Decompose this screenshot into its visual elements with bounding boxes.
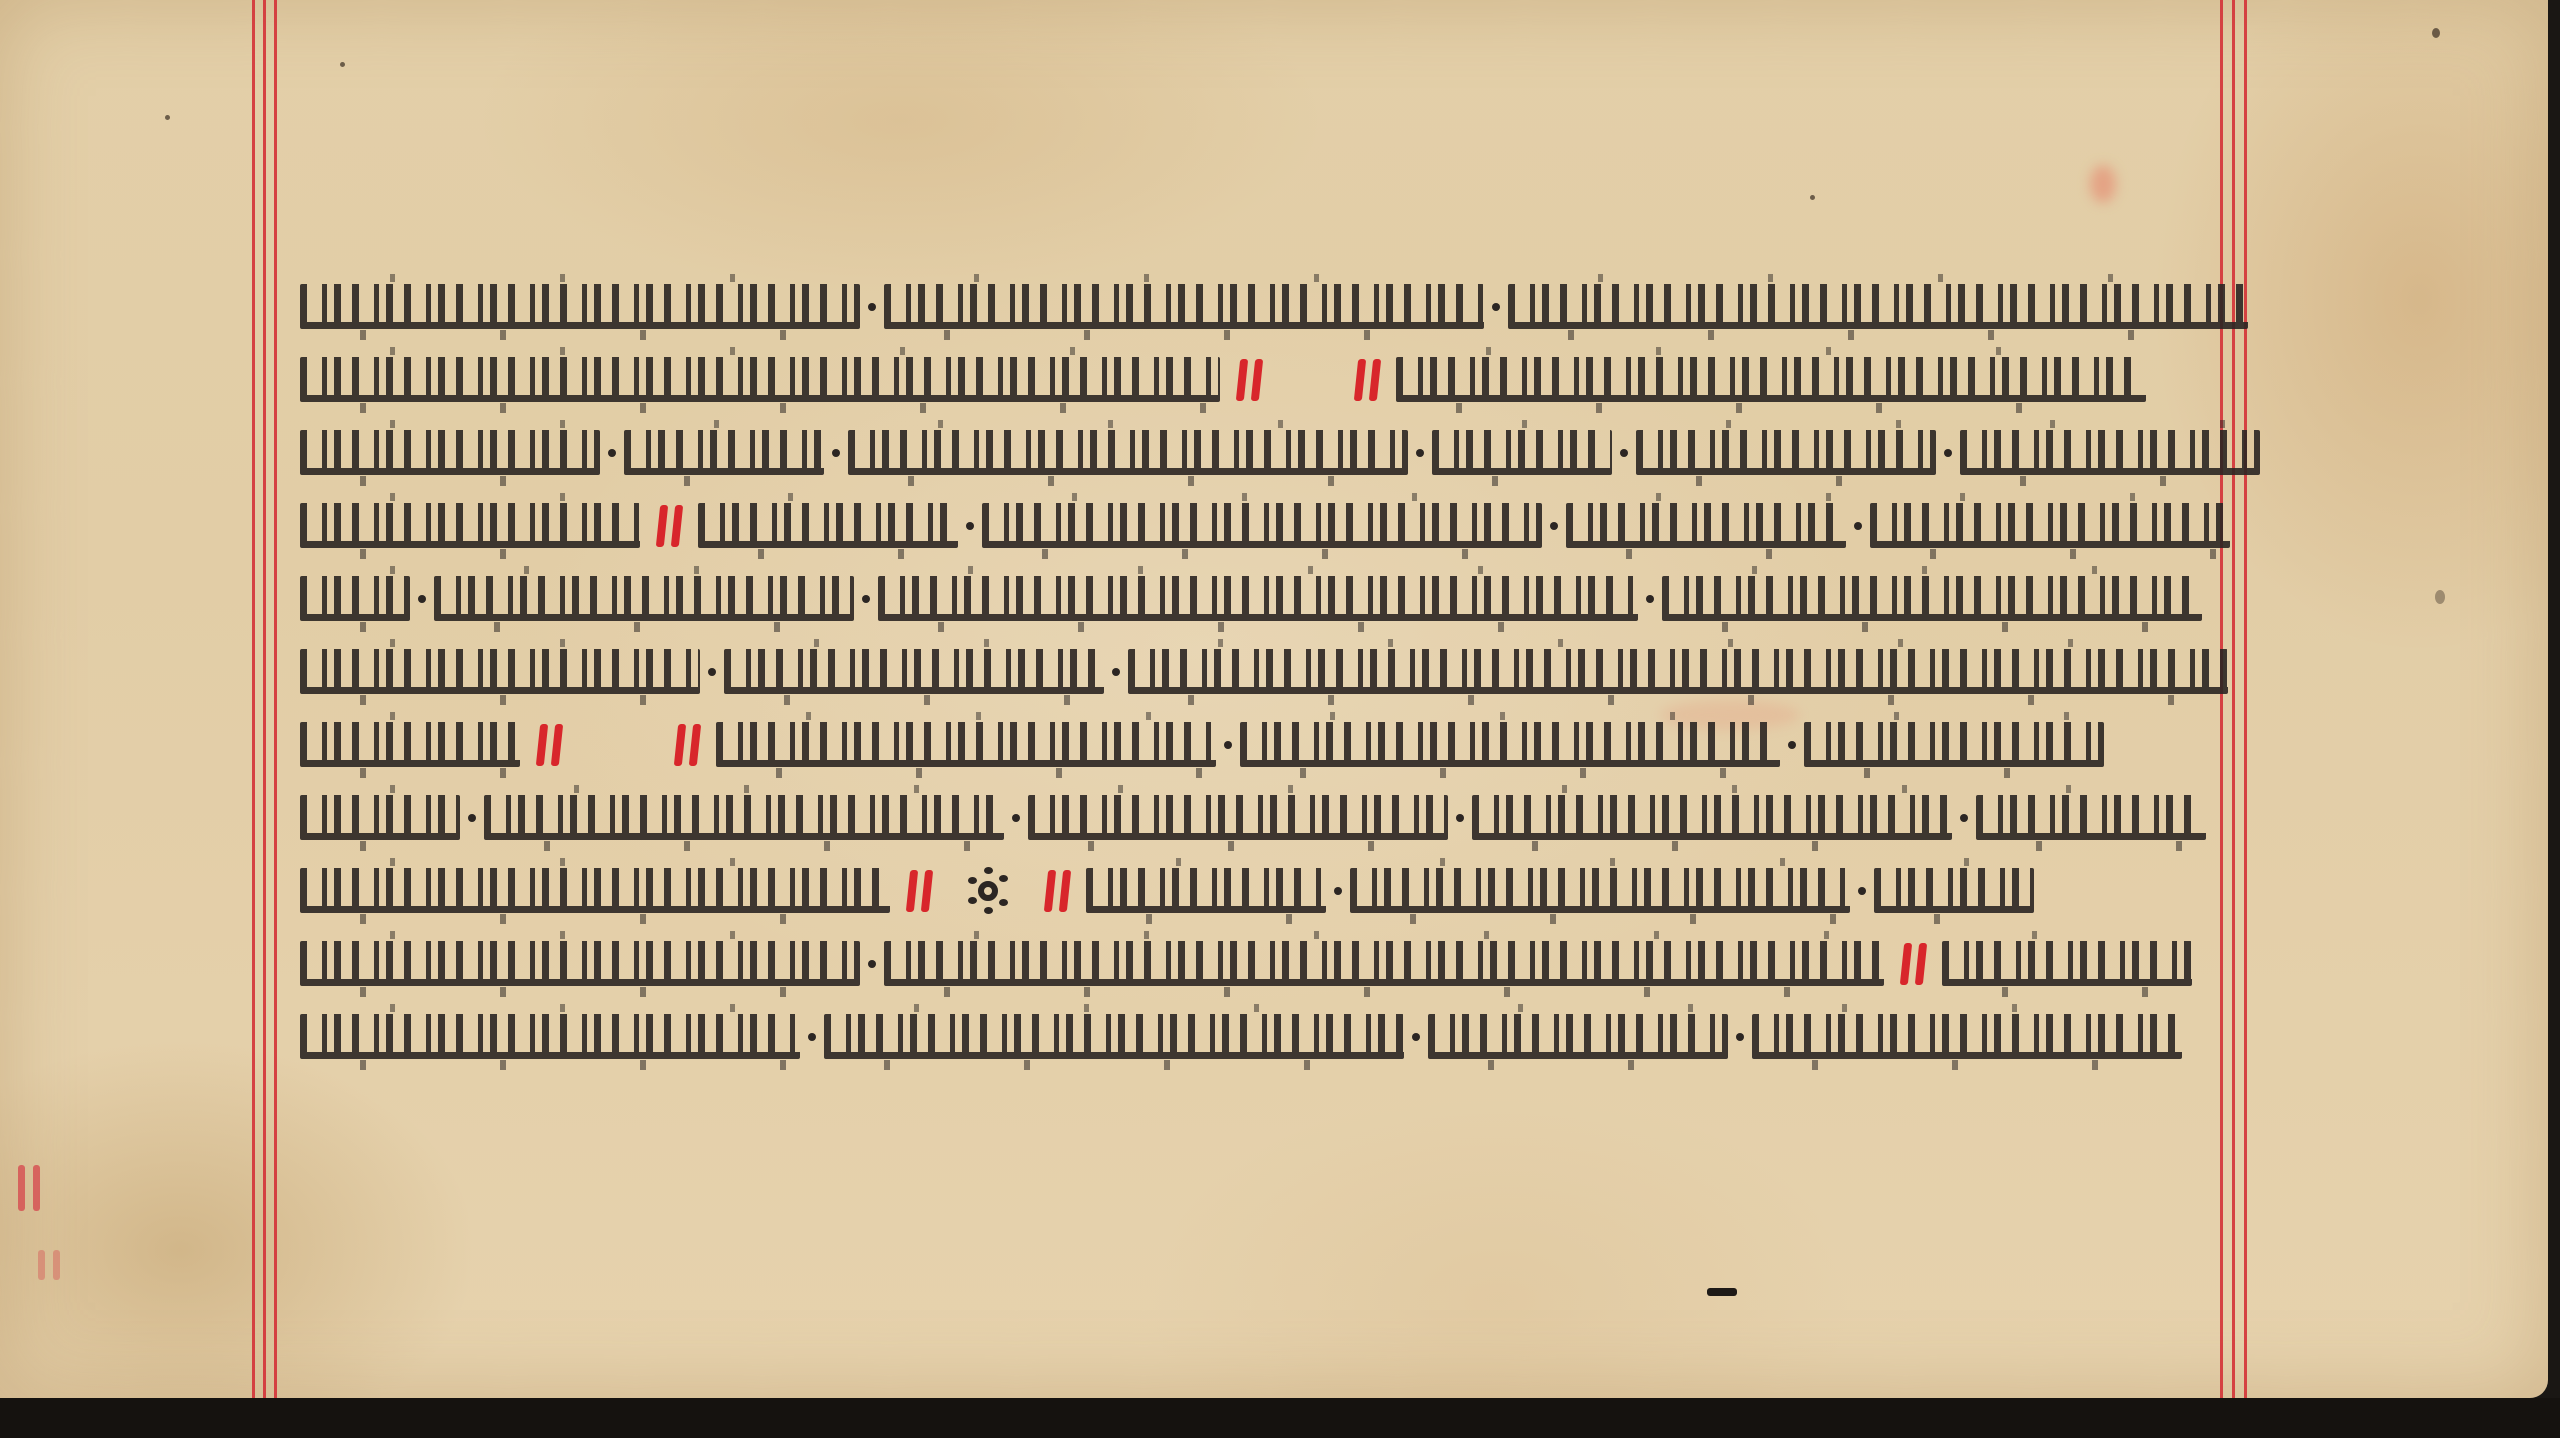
word-separator-dot [1334,887,1342,895]
script-glyph-run [1874,868,2034,913]
manuscript-line [300,416,2220,489]
word-separator-dot [418,595,426,603]
script-glyph-run [884,284,1484,329]
stray-ink-mark [1707,1288,1737,1296]
word-separator-dot [1012,814,1020,822]
margin-red-mark [18,1165,40,1211]
red-double-danda [1898,941,1928,987]
script-glyph-run [300,284,860,329]
red-double-danda [1042,868,1072,914]
script-glyph-run [1636,430,1936,475]
script-glyph-run [1432,430,1612,475]
script-glyph-run [878,576,1638,621]
script-glyph-run [1472,795,1952,840]
manuscript-line [300,708,2220,781]
left-margin-rules [252,0,292,1400]
word-separator-dot [1858,887,1866,895]
script-glyph-run [300,576,410,621]
script-glyph-run [300,1014,800,1059]
script-glyph-run [300,503,640,548]
script-glyph-run [1240,722,1780,767]
ink-speck [1810,195,1815,200]
script-glyph-run [1870,503,2230,548]
red-double-danda [654,503,684,549]
word-separator-dot [608,449,616,457]
red-double-danda [904,868,934,914]
manuscript-line [300,562,2220,635]
manuscript-line [300,635,2220,708]
word-separator-dot [868,303,876,311]
word-separator-dot [1492,303,1500,311]
script-glyph-run [824,1014,1404,1059]
word-separator-dot [1960,814,1968,822]
script-glyph-run [300,649,700,694]
word-separator-dot [1416,449,1424,457]
word-separator-dot [1224,741,1232,749]
word-separator-dot [868,960,876,968]
ink-speck [340,62,345,67]
script-glyph-run [484,795,1004,840]
background-strip [0,1398,2560,1438]
red-double-danda [1234,357,1264,403]
script-glyph-run [1804,722,2104,767]
script-glyph-run [300,357,1220,402]
script-glyph-run [1566,503,1846,548]
script-glyph-run [716,722,1216,767]
word-separator-dot [1112,668,1120,676]
word-separator-dot [1620,449,1628,457]
script-glyph-run [1428,1014,1728,1059]
red-double-danda [672,722,702,768]
word-separator-dot [1456,814,1464,822]
script-glyph-run [848,430,1408,475]
script-glyph-run [884,941,1884,986]
script-glyph-run [982,503,1542,548]
script-glyph-run [1128,649,2228,694]
script-glyph-run [1086,868,1326,913]
manuscript-leaf [0,0,2548,1398]
word-separator-dot [966,522,974,530]
manuscript-line [300,1000,2220,1073]
script-glyph-run [1662,576,2202,621]
script-glyph-run [624,430,824,475]
script-glyph-run [300,795,460,840]
ink-speck [2432,28,2440,38]
word-separator-dot [1944,449,1952,457]
word-separator-dot [1736,1033,1744,1041]
word-separator-dot [808,1033,816,1041]
word-separator-dot [708,668,716,676]
ink-speck [165,115,170,120]
script-glyph-run [434,576,854,621]
word-separator-dot [1854,522,1862,530]
script-glyph-run [300,722,520,767]
script-glyph-run [1960,430,2260,475]
script-glyph-run [1752,1014,2182,1059]
red-double-danda [534,722,564,768]
script-glyph-run [698,503,958,548]
word-separator-dot [468,814,476,822]
red-double-danda [1352,357,1382,403]
word-separator-dot [1646,595,1654,603]
script-glyph-run [300,868,890,913]
manuscript-line [300,781,2220,854]
script-glyph-run [1508,284,2248,329]
lotus-ornament-icon [968,871,1008,911]
script-glyph-run [724,649,1104,694]
manuscript-line [300,270,2220,343]
word-separator-dot [1788,741,1796,749]
manuscript-line [300,854,2220,927]
red-stain [2090,165,2116,203]
script-glyph-run [1028,795,1448,840]
script-glyph-run [1976,795,2206,840]
manuscript-text-block [300,270,2220,1073]
word-separator-dot [1550,522,1558,530]
word-separator-dot [862,595,870,603]
margin-red-mark [38,1250,60,1280]
word-separator-dot [832,449,840,457]
script-glyph-run [1942,941,2192,986]
script-glyph-run [1350,868,1850,913]
ink-speck [2435,590,2445,604]
script-glyph-run [1396,357,2146,402]
script-glyph-run [300,430,600,475]
manuscript-line [300,927,2220,1000]
word-separator-dot [1412,1033,1420,1041]
manuscript-line [300,489,2220,562]
script-glyph-run [300,941,860,986]
manuscript-line [300,343,2220,416]
